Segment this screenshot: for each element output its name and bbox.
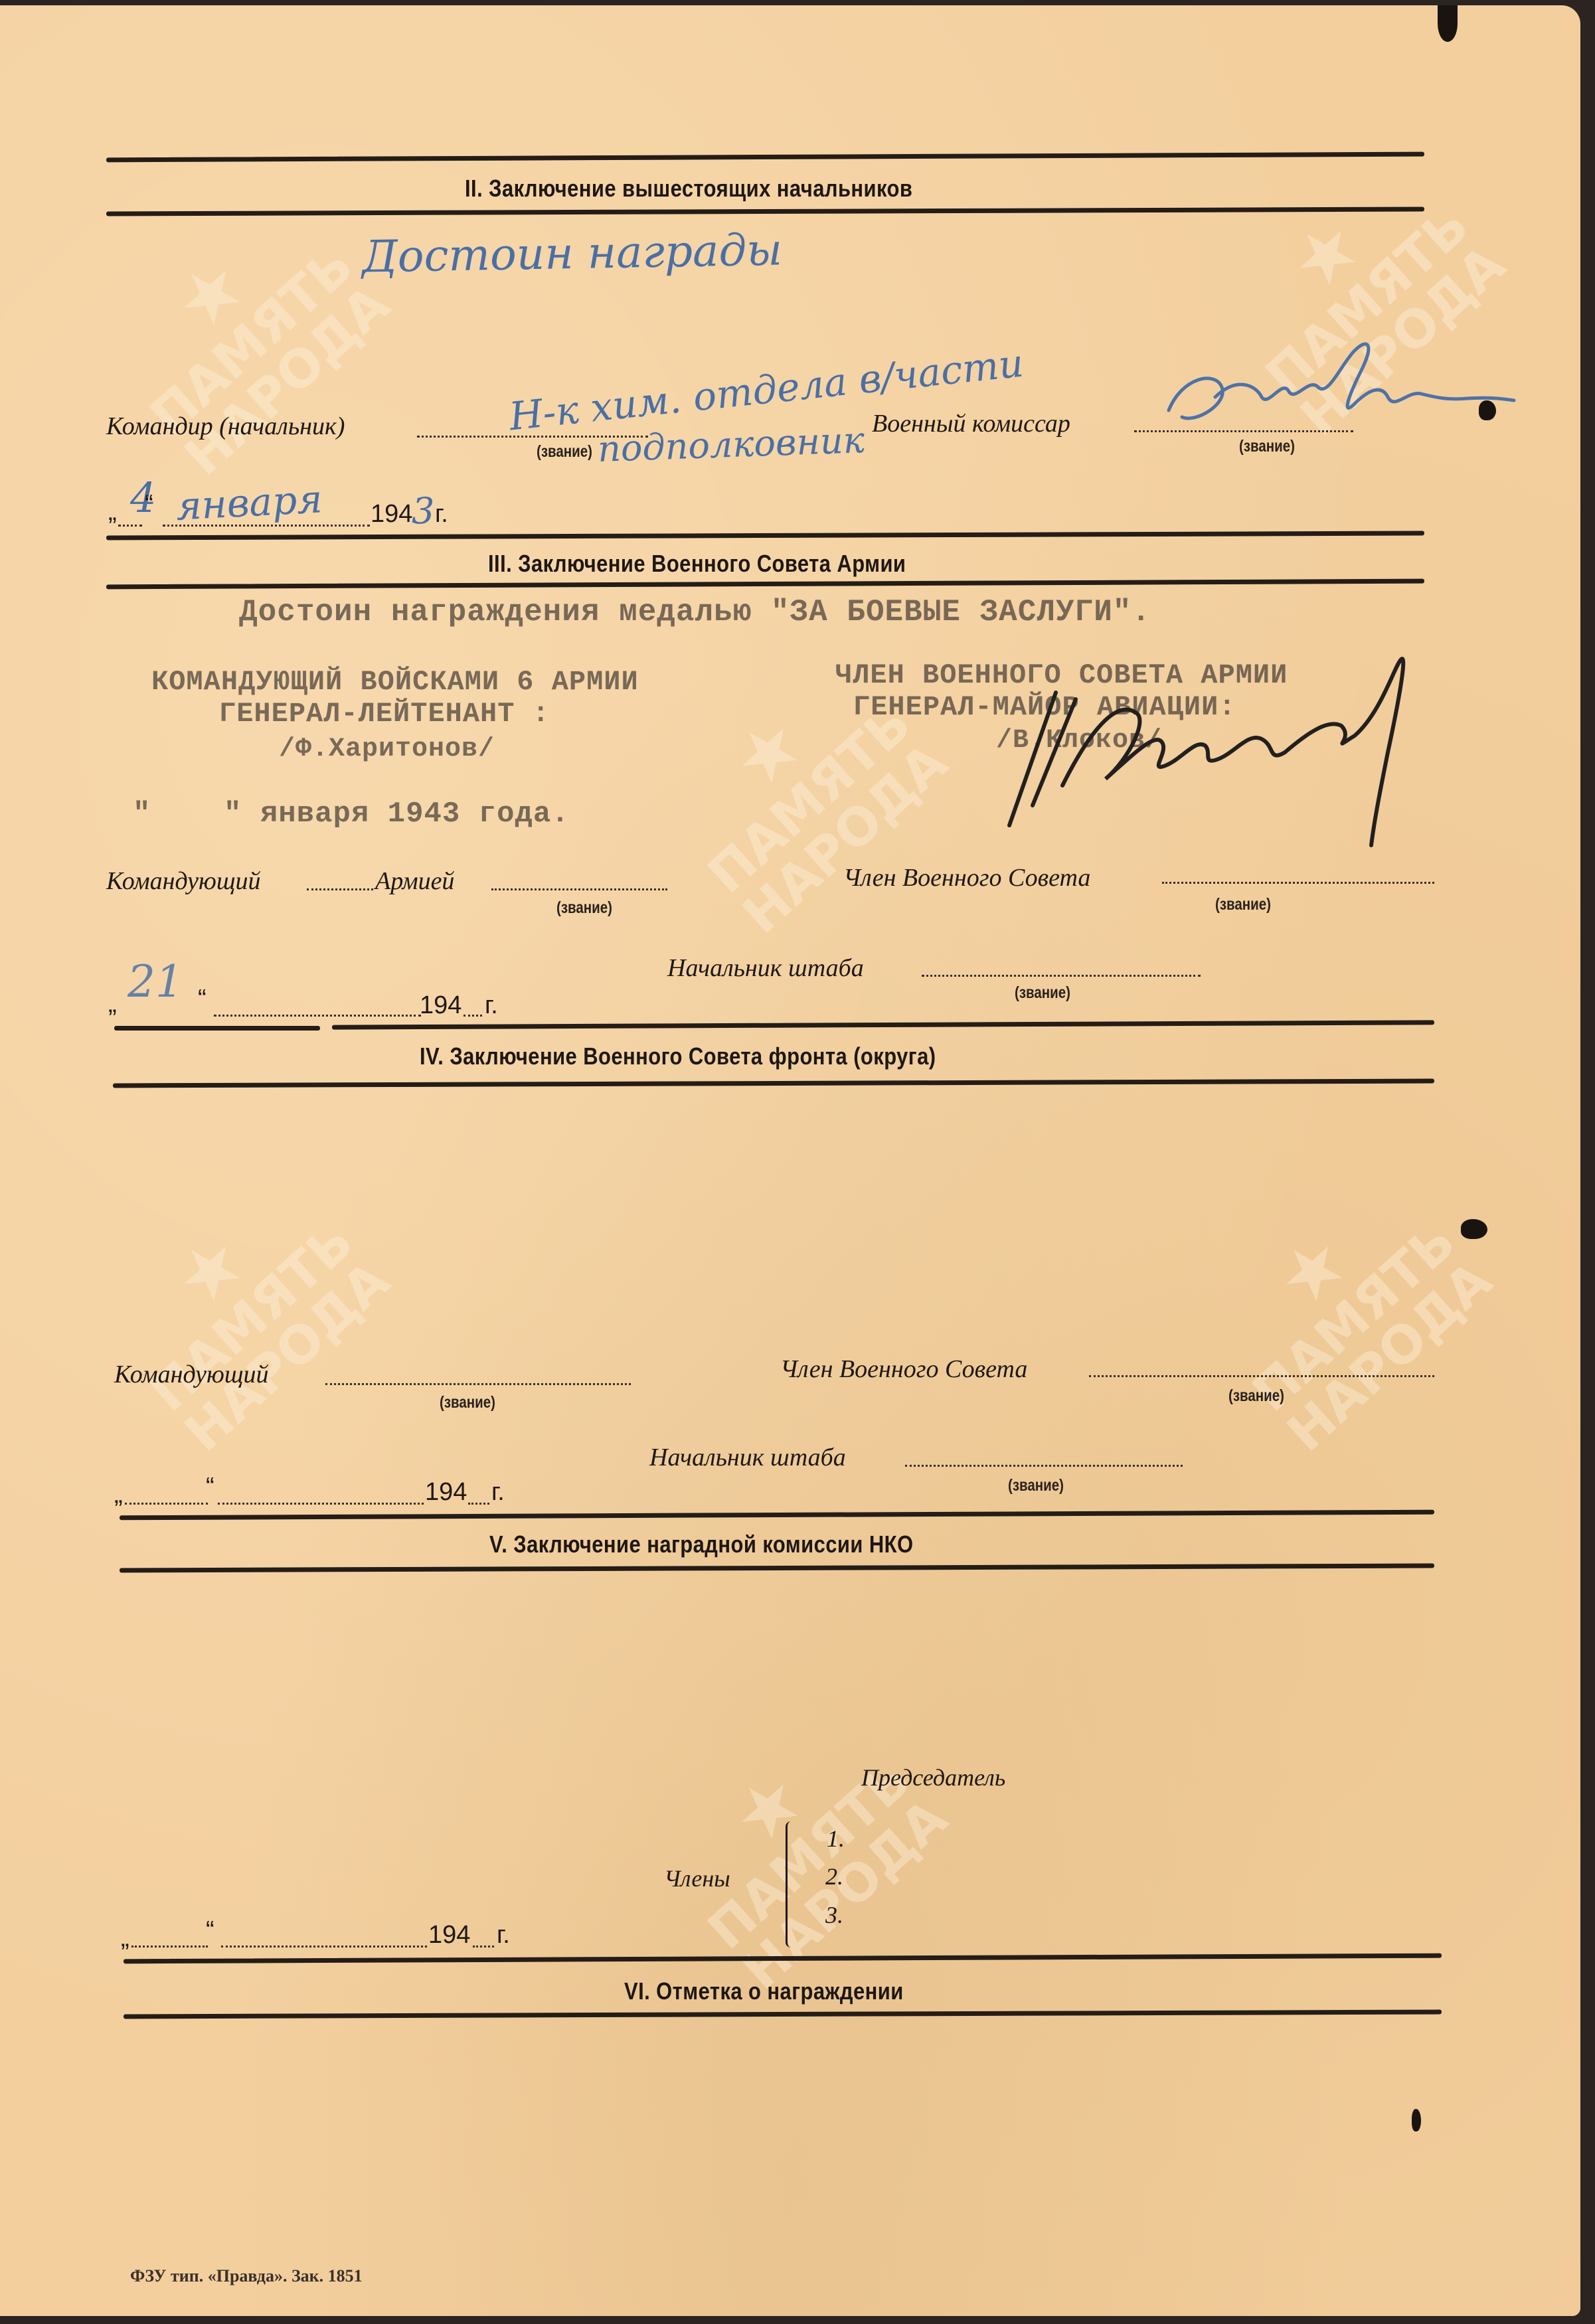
commissar-signature [1155, 324, 1527, 457]
date-month-field[interactable] [221, 1946, 427, 1948]
commander-label: Командир (начальник) [106, 412, 345, 441]
council-member-signature [983, 653, 1474, 852]
army-commander-dots [307, 888, 373, 890]
date-year-suffix-handwritten: 3 [412, 490, 434, 532]
date-month-field[interactable] [214, 1015, 421, 1017]
council-rank-caption: (звание) [1215, 895, 1271, 914]
council-member-rank-field[interactable] [1089, 1375, 1434, 1377]
date-year-prefix: 194 [371, 500, 412, 529]
chairman-label: Председатель [861, 1764, 1005, 1791]
date-close-quote: “ [206, 1473, 214, 1501]
watermark: ★ ПАМЯТЬ НАРОДА [649, 1697, 956, 1999]
front-commander-rank-field[interactable] [325, 1383, 631, 1385]
date-year-prefix: 194 [420, 991, 462, 1020]
section-divider [106, 579, 1424, 590]
section-divider [106, 152, 1424, 163]
council-rank-caption: (звание) [1228, 1386, 1284, 1406]
watermark-text: ПАМЯТЬ [139, 1212, 365, 1423]
members-label: Члены [664, 1865, 730, 1892]
section-divider [114, 1026, 320, 1031]
watermark-text: НАРОДА [732, 732, 959, 945]
watermark-text: НАРОДА [1276, 1250, 1503, 1463]
date-year-field[interactable] [473, 1946, 494, 1948]
printer-imprint: ФЗУ тип. «Правда». Зак. 1851 [130, 2266, 363, 2286]
rank-caption: (звание) [440, 1393, 495, 1412]
date-month-handwritten: января [175, 476, 323, 529]
date-year-field[interactable] [463, 1015, 482, 1017]
chief-of-staff-rank-field[interactable] [905, 1465, 1183, 1467]
section-divider [124, 1953, 1442, 1964]
section-divider [124, 2010, 1442, 2019]
award-sheet-page: ★ ПАМЯТЬ НАРОДА ★ ПАМЯТЬ НАРОДА ★ ПАМЯТЬ… [0, 5, 1580, 2316]
section-divider [113, 1079, 1434, 1088]
date-year-prefix: 194 [428, 1921, 470, 1950]
punch-hole [1461, 1219, 1487, 1239]
date-day-field[interactable] [125, 1503, 208, 1505]
member-1: 1. [827, 1825, 845, 1853]
section-divider [106, 207, 1424, 216]
council-member-label: Член Военного Совета [843, 863, 1090, 892]
date-open-quote: „ [108, 990, 117, 1019]
section-4-title: IV. Заключение Военного Совета фронта (о… [420, 1042, 936, 1070]
date-year-unit: г. [491, 1478, 505, 1507]
chief-of-staff-rank-field[interactable] [922, 975, 1201, 977]
typed-commander-name: /Ф.Харитонов/ [279, 734, 495, 764]
army-commander-label: Командующий [106, 867, 261, 896]
section-divider [120, 1564, 1434, 1573]
chief-rank-caption: (звание) [1008, 1476, 1064, 1495]
star-icon: ★ [1194, 1159, 1430, 1382]
punch-hole [1438, 5, 1458, 42]
typed-commander-title: КОМАНДУЮЩИЙ ВОЙСКАМИ 6 АРМИИ [151, 666, 639, 698]
watermark-text: НАРОДА [732, 1788, 959, 2001]
section-2-title: II. Заключение вышестоящих начальников [465, 175, 912, 203]
member-2: 2. [825, 1863, 843, 1890]
date-month-field[interactable] [218, 1503, 424, 1505]
watermark: ★ ПАМЯТЬ НАРОДА [1194, 1159, 1501, 1461]
date-open-quote: „ [121, 1924, 129, 1953]
watermark: ★ ПАМЯТЬ НАРОДА [92, 1159, 398, 1461]
date-year-field[interactable] [468, 1503, 489, 1505]
typed-date: " " января 1943 года. [133, 797, 570, 831]
council-member-label: Член Военного Совета [780, 1355, 1027, 1384]
chief-rank-caption: (звание) [1015, 983, 1070, 1003]
members-brace [786, 1821, 797, 1948]
commander-rank-line2-handwritten: подполковник [597, 419, 865, 470]
section-divider [120, 1510, 1434, 1521]
date-close-quote: “ [145, 490, 153, 519]
section-5-title: V. Заключение наградной комиссии НКО [489, 1531, 913, 1558]
date-year-unit: г. [435, 500, 448, 529]
date-open-quote: „ [114, 1481, 123, 1509]
date-open-quote: „ [108, 498, 117, 527]
date-close-quote: “ [198, 985, 207, 1013]
date-month-field[interactable] [163, 525, 370, 527]
typed-conclusion: Достоин награждения медалью "ЗА БОЕВЫЕ З… [239, 595, 1151, 629]
member-3: 3. [825, 1901, 843, 1929]
date-close-quote: “ [206, 1916, 214, 1945]
date-day-handwritten: 21 [127, 956, 183, 1007]
commissar-label: Военный комиссар [872, 409, 1070, 438]
watermark-text: НАРОДА [174, 274, 401, 487]
star-icon: ★ [92, 1159, 327, 1382]
army-label: Армией [375, 867, 454, 896]
watermark-text: НАРОДА [174, 1250, 401, 1463]
section-3-title: III. Заключение Военного Совета Армии [488, 550, 906, 578]
typed-commander-rank: ГЕНЕРАЛ-ЛЕЙТЕНАНТ : [219, 698, 550, 730]
section-divider [106, 531, 1424, 540]
army-commander-rank-field[interactable] [491, 888, 667, 890]
chief-of-staff-label: Начальник штаба [649, 1443, 846, 1472]
handwritten-conclusion: Достоин награды [361, 224, 782, 282]
section-6-title: VI. Отметка о награждении [624, 1977, 904, 2005]
rank-caption: (звание) [556, 898, 612, 918]
star-icon: ★ [92, 183, 327, 406]
date-day-field[interactable] [131, 1946, 208, 1948]
front-commander-label: Командующий [114, 1360, 269, 1389]
section-divider [332, 1020, 1434, 1029]
punch-hole [1412, 2109, 1421, 2131]
council-member-rank-field[interactable] [1162, 882, 1434, 884]
chief-of-staff-label: Начальник штаба [667, 954, 864, 983]
date-day-field[interactable] [118, 525, 142, 527]
rank-caption: (звание) [537, 442, 592, 461]
date-year-unit: г. [485, 991, 498, 1020]
date-year-prefix: 194 [425, 1478, 467, 1507]
date-year-unit: г. [497, 1921, 510, 1950]
